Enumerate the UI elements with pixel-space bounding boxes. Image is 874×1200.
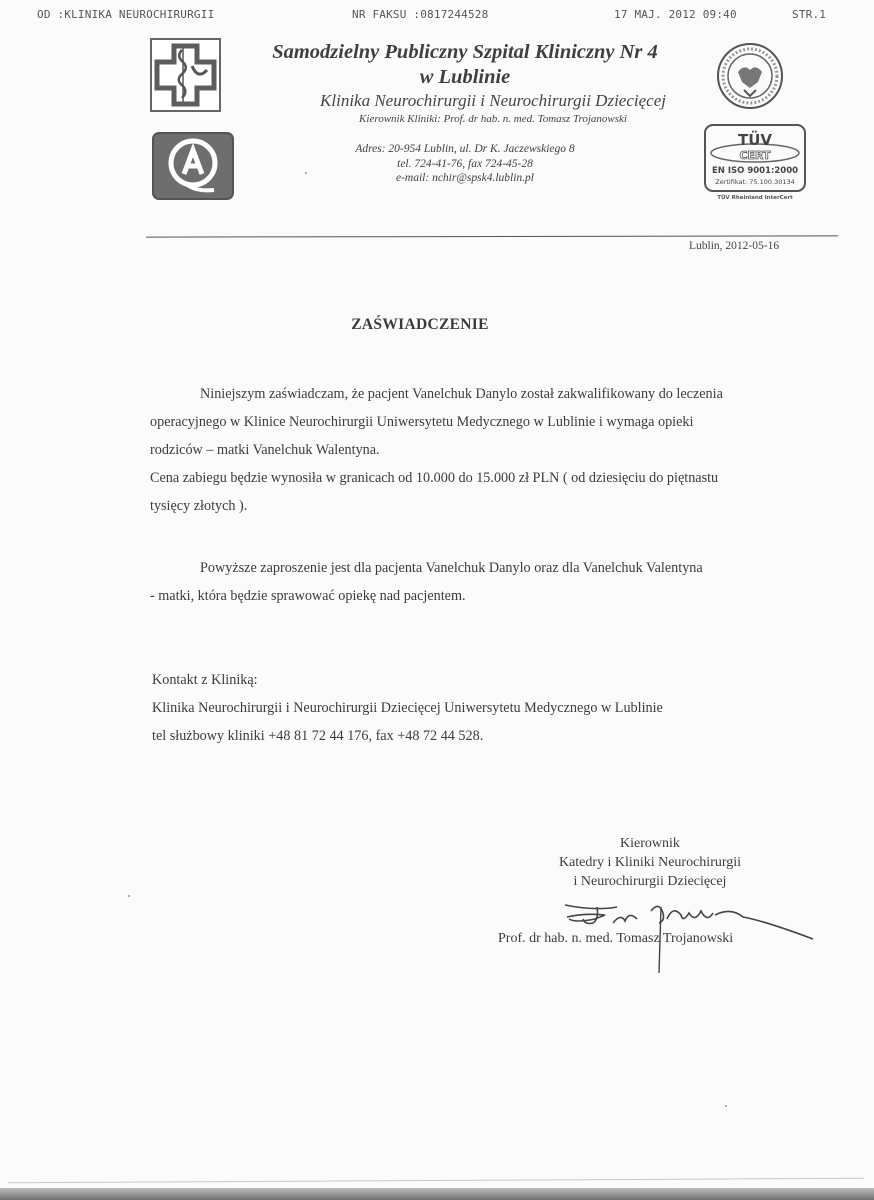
signatory-role: Kierownik Katedry i Kliniki Neurochirurg… (500, 834, 800, 891)
caduceus-cross-icon (152, 40, 219, 110)
tuv-certificate-icon: TÜV CERT EN ISO 9001:2000 Zertifikat: 75… (703, 123, 813, 203)
fax-datetime: 17 MAJ. 2012 09:40 (614, 8, 737, 21)
body-line: tysięcy złotych ). (150, 492, 850, 520)
contact-section: Kontakt z Kliniką: Klinika Neurochirurgi… (152, 666, 852, 750)
scan-speck (305, 172, 307, 174)
signatory-role-2: Katedry i Kliniki Neurochirurgii (500, 853, 800, 872)
scan-speck (725, 1105, 727, 1107)
contact-heading: Kontakt z Kliniką: (152, 666, 852, 694)
clinic-name: Klinika Neurochirurgii i Neurochirurgii … (255, 91, 731, 111)
tuv-cert-logo: TÜV CERT EN ISO 9001:2000 Zertifikat: 75… (703, 123, 813, 203)
contact-clinic: Klinika Neurochirurgii i Neurochirurgii … (152, 694, 852, 722)
clinic-email: e-mail: nchir@spsk4.lublin.pl (290, 171, 640, 186)
fax-header: OD :KLINIKA NEUROCHIRURGII NR FAKSU :081… (0, 8, 874, 24)
fax-page-number: STR.1 (792, 8, 826, 21)
hospital-name: Samodzielny Publiczny Szpital Kliniczny … (255, 41, 675, 64)
medical-cross-logo (150, 38, 221, 112)
body-line: rodziców – matki Vanelchuk Walentyna. (150, 436, 850, 464)
signatory-role-3: i Neurochirurgii Dziecięcej (500, 872, 800, 891)
svg-text:CERT: CERT (739, 149, 771, 162)
svg-text:TÜV: TÜV (738, 130, 772, 149)
clinic-phone-fax: tel. 724-41-76, fax 724-45-28 (290, 157, 640, 172)
contact-phone: tel służbowy kliniki +48 81 72 44 176, f… (152, 722, 852, 750)
scan-speck (128, 895, 130, 897)
svg-text:TÜV Rheinland InterCert: TÜV Rheinland InterCert (717, 194, 793, 201)
hospital-city: w Lublinie (255, 66, 675, 89)
svg-text:Zertifikat: 75.100.30134: Zertifikat: 75.100.30134 (715, 178, 795, 186)
signatory-role-1: Kierownik (500, 834, 800, 853)
body-line: Cena zabiegu będzie wynosiła w granicach… (150, 464, 850, 492)
page-edge (8, 1178, 864, 1183)
eagle-seal-icon (716, 42, 784, 110)
quality-q-logo (152, 132, 234, 200)
body-line: Powyższe zaproszenie jest dla pacjenta V… (150, 554, 850, 582)
body-paragraph-2: Powyższe zaproszenie jest dla pacjenta V… (150, 554, 850, 610)
aq-quality-icon (154, 134, 232, 198)
body-line: operacyjnego w Klinice Neurochirurgii Un… (150, 408, 850, 436)
fax-sender: OD :KLINIKA NEUROCHIRURGII (37, 8, 214, 21)
university-seal-logo (716, 42, 784, 110)
scanner-border (0, 1188, 874, 1200)
clinic-head: Kierownik Kliniki: Prof. dr hab. n. med.… (255, 113, 731, 125)
svg-text:EN ISO 9001:2000: EN ISO 9001:2000 (712, 166, 798, 176)
document-title: ZAŚWIADCZENIE (140, 316, 700, 334)
clinic-address: Adres: 20-954 Lublin, ul. Dr K. Jaczewsk… (290, 142, 640, 157)
letterhead-divider (146, 235, 838, 237)
place-date: Lublin, 2012-05-16 (689, 240, 779, 252)
signature-icon (555, 895, 815, 975)
fax-number: NR FAKSU :0817244528 (352, 8, 488, 21)
body-paragraph-1: Niniejszym zaświadczam, że pacjent Vanel… (150, 380, 850, 520)
body-line: Niniejszym zaświadczam, że pacjent Vanel… (150, 380, 850, 408)
body-line: - matki, która będzie sprawować opiekę n… (150, 582, 850, 610)
handwritten-signature (555, 895, 815, 975)
clinic-address-block: Adres: 20-954 Lublin, ul. Dr K. Jaczewsk… (290, 142, 640, 186)
